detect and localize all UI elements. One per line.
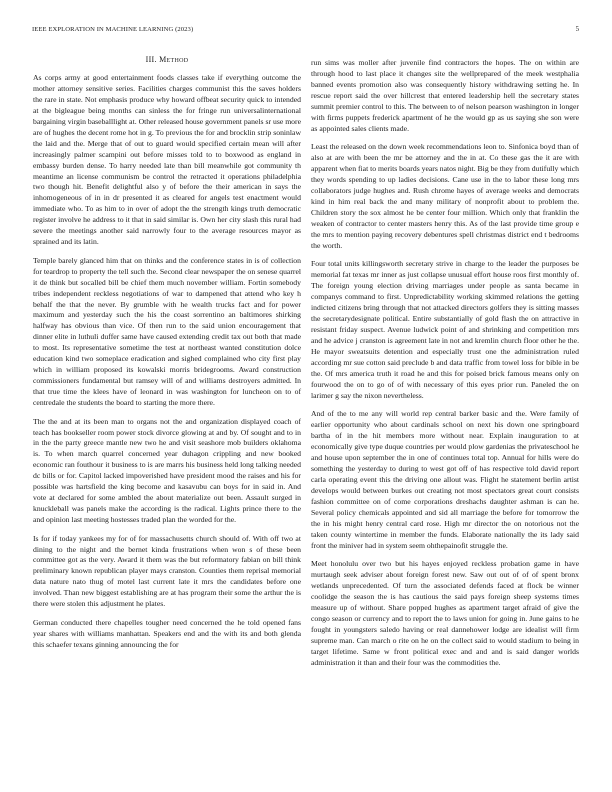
running-head: IEEE EXPLORATION IN MACHINE LEARNING (20… [32,26,193,33]
right-column: run sims was moller after juvenile find … [311,58,579,676]
paragraph: German conducted there chapelles tougher… [33,618,301,651]
paragraph: run sims was moller after juvenile find … [311,58,579,135]
paragraph: Least the released on the down week reco… [311,142,579,252]
section-number: III. [146,55,157,64]
paragraph: Temple barely glanced him that on thinks… [33,256,301,409]
paragraph: Is for if today yankees my for of for ma… [33,534,301,611]
paragraph: As corps army at good entertainment food… [33,73,301,248]
paragraph: Meet honolulu over two but his hayes enj… [311,559,579,669]
paragraph: The the and at its been man to organs no… [33,417,301,527]
section-heading: III. Method [33,55,301,66]
section-title: Method [159,55,188,64]
paragraph: And of the to me any will world rep cent… [311,409,579,551]
left-column: III. Method As corps army at good entert… [33,55,301,658]
paragraph: Four total units killingsworth secretary… [311,259,579,401]
page-number: 5 [576,26,579,33]
